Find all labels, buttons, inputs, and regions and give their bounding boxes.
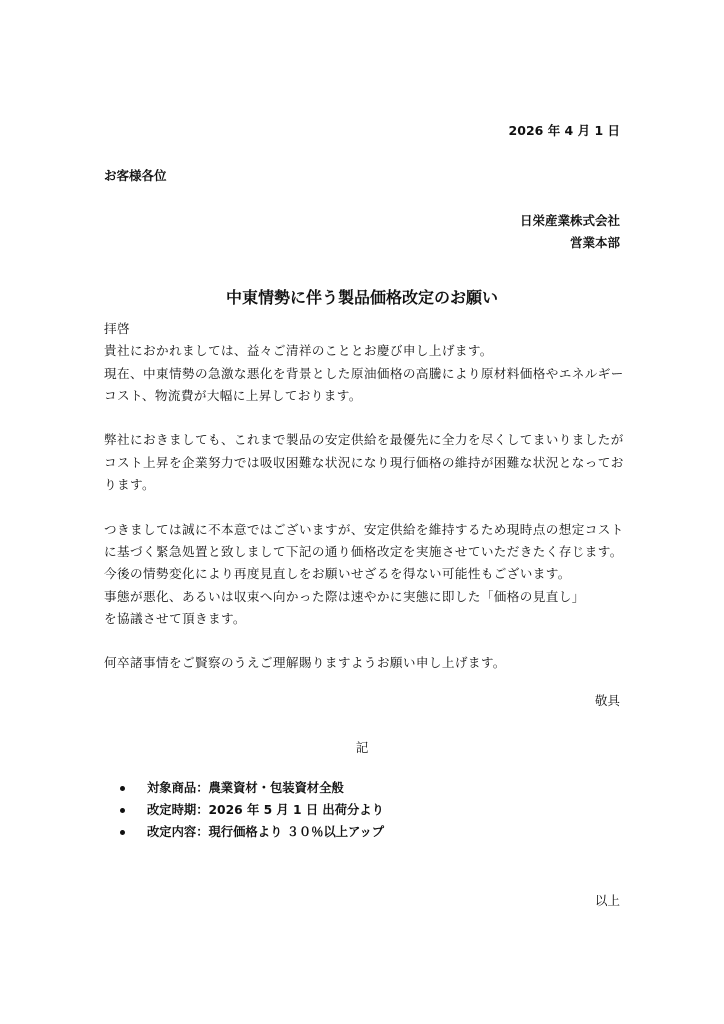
item-label: 対象商品： bbox=[147, 777, 209, 799]
item-value: 2026 年 5 月 1 日 出荷分より bbox=[209, 799, 384, 821]
body-line: を協議させて頂きます。 bbox=[104, 608, 634, 630]
paragraph-gap bbox=[104, 496, 634, 518]
recipient: お客様各位 bbox=[104, 166, 167, 184]
list-item: 改定時期： 2026 年 5 月 1 日 出荷分より bbox=[118, 799, 384, 821]
letter-title: 中東情勢に伴う製品価格改定のお願い bbox=[0, 285, 724, 308]
letter-page: 2026 年 4 月 1 日 お客様各位 日栄産業株式会社 営業本部 中東情勢に… bbox=[0, 0, 724, 1024]
closing-ijo: 以上 bbox=[595, 890, 620, 909]
item-value: 現行価格より ３０％以上アップ bbox=[209, 821, 385, 843]
sender-department: 営業本部 bbox=[520, 232, 620, 254]
body-line: 今後の情勢変化により再度見直しをお願いせざるを得ない可能性もございます。 bbox=[104, 563, 634, 585]
letter-date: 2026 年 4 月 1 日 bbox=[509, 121, 620, 139]
list-item: 対象商品： 農業資材・包装資材全般 bbox=[118, 777, 384, 799]
paragraph-gap bbox=[104, 630, 634, 652]
bullet-icon bbox=[120, 786, 125, 791]
paragraph-gap bbox=[104, 407, 634, 429]
body-line: 弊社におきましても、これまで製品の安定供給を最優先に全力を尽くしてまいりましたが bbox=[104, 429, 634, 451]
body-line: コスト上昇を企業努力では吸収困難な状況になり現行価格の維持が困難な状況となってお bbox=[104, 452, 634, 474]
body-line: つきましては誠に不本意ではございますが、安定供給を維持するため現時点の想定コスト bbox=[104, 519, 634, 541]
bullet-icon bbox=[120, 830, 125, 835]
list-item: 改定内容： 現行価格より ３０％以上アップ bbox=[118, 821, 384, 843]
details-list: 対象商品： 農業資材・包装資材全般 改定時期： 2026 年 5 月 1 日 出… bbox=[118, 777, 384, 843]
body-line: ります。 bbox=[104, 474, 634, 496]
body-line: 現在、中東情勢の急激な悪化を背景とした原油価格の高騰により原材料価格やエネルギー bbox=[104, 363, 634, 385]
letter-body: 拝啓 貴社におかれましては、益々ご清祥のこととお慶び申し上げます。 現在、中東情… bbox=[104, 318, 634, 675]
body-line: 貴社におかれましては、益々ご清祥のこととお慶び申し上げます。 bbox=[104, 340, 634, 362]
body-line: に基づく緊急処置と致しまして下記の通り価格改定を実施させていただきたく存じます。 bbox=[104, 541, 634, 563]
sender-block: 日栄産業株式会社 営業本部 bbox=[520, 210, 620, 254]
item-label: 改定時期： bbox=[147, 799, 209, 821]
closing-keigu: 敬具 bbox=[595, 690, 620, 709]
ki-heading: 記 bbox=[0, 737, 724, 756]
item-label: 改定内容： bbox=[147, 821, 209, 843]
body-line: 事態が悪化、あるいは収束へ向かった際は速やかに実態に即した「価格の見直し」 bbox=[104, 586, 634, 608]
body-line: コスト、物流費が大幅に上昇しております。 bbox=[104, 385, 634, 407]
sender-company: 日栄産業株式会社 bbox=[520, 210, 620, 232]
body-line: 何卒諸事情をご賢察のうえご理解賜りますようお願い申し上げます。 bbox=[104, 652, 634, 674]
body-line: 拝啓 bbox=[104, 318, 634, 340]
bullet-icon bbox=[120, 808, 125, 813]
item-value: 農業資材・包装資材全般 bbox=[209, 777, 344, 799]
